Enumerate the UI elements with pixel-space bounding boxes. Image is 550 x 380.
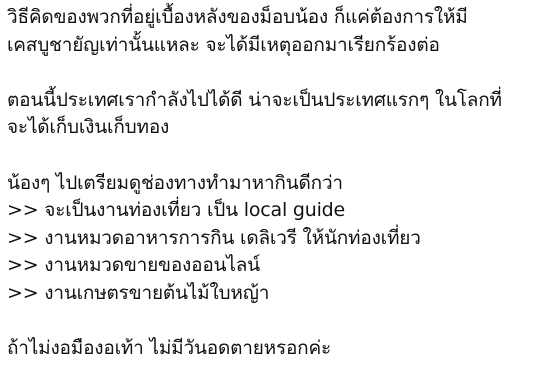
paragraph-spacer (7, 59, 546, 87)
list-item: >> งานเกษตรขายต้นไม้ใบหญ้า (7, 280, 546, 308)
paragraph-3: น้องๆ ไปเตรียมดูช่องทางทำมาหากินดีกว่า >… (7, 170, 546, 308)
paragraph-spacer (7, 142, 546, 170)
paragraph-1: วิธีคิดของพวกที่อยู่เบื้องหลังของม็อบน้อ… (7, 4, 546, 59)
text-line: ตอนนี้ประเทศเรากำลังไปได้ดี น่าจะเป็นประ… (7, 87, 546, 115)
paragraph-2: ตอนนี้ประเทศเรากำลังไปได้ดี น่าจะเป็นประ… (7, 87, 546, 142)
text-line: เคสบูชายัญเท่านั้นแหละ จะได้มีเหตุออกมาเ… (7, 32, 546, 60)
document-body: วิธีคิดของพวกที่อยู่เบื้องหลังของม็อบน้อ… (7, 4, 546, 363)
text-line: น้องๆ ไปเตรียมดูช่องทางทำมาหากินดีกว่า (7, 170, 546, 198)
list-item: >> จะเป็นงานท่องเที่ยว เป็น local guide (7, 197, 546, 225)
text-line: ถ้าไม่งอมืองอเท้า ไม่มีวันอดตายหรอกค่ะ (7, 335, 546, 363)
list-item: >> งานหมวดอาหารการกิน เดลิเวรี ให้นักท่อ… (7, 225, 546, 253)
list-item: >> งานหมวดขายของออนไลน์ (7, 252, 546, 280)
text-line: จะได้เก็บเงินเก็บทอง (7, 114, 546, 142)
paragraph-4: ถ้าไม่งอมืองอเท้า ไม่มีวันอดตายหรอกค่ะ (7, 335, 546, 363)
text-line: วิธีคิดของพวกที่อยู่เบื้องหลังของม็อบน้อ… (7, 4, 546, 32)
paragraph-spacer (7, 308, 546, 336)
